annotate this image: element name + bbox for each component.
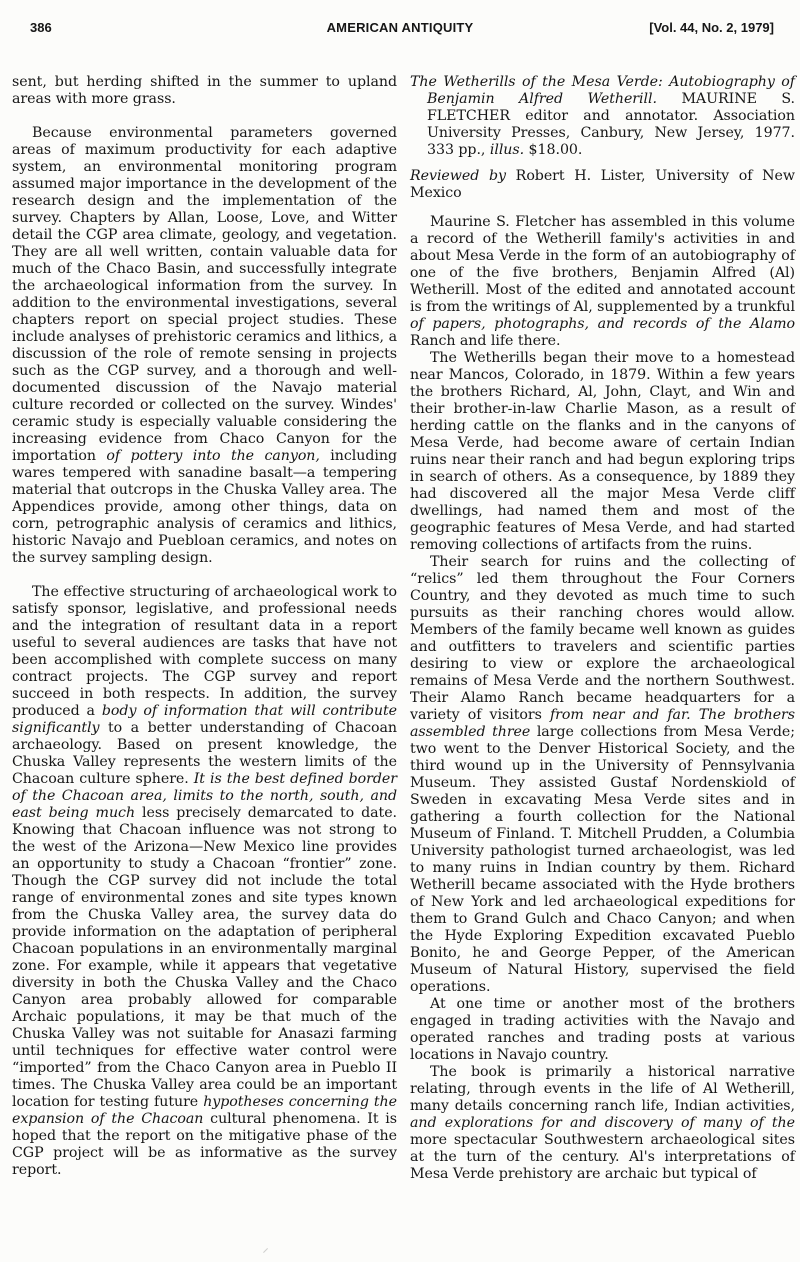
text-segment: The Wetherills began their move to a hom…: [410, 350, 795, 553]
text-segment: large collections from Mesa Verde; two w…: [410, 724, 795, 995]
paragraph: The book is primarily a historical narra…: [410, 1064, 795, 1183]
text-segment: sent, but herding shifted in the summer …: [12, 74, 397, 107]
text-segment: The effective structuring of archaeologi…: [12, 584, 397, 719]
text-segment: more spectacular Southwestern archaeolog…: [410, 1132, 795, 1182]
text-segment: The book is primarily a historical narra…: [410, 1064, 795, 1114]
paragraph: sent, but herding shifted in the summer …: [12, 74, 397, 108]
left-column: sent, but herding shifted in the summer …: [12, 74, 397, 1183]
text-segment: illus.: [490, 142, 524, 158]
page-body: sent, but herding shifted in the summer …: [12, 74, 796, 1183]
paragraph: At one time or another most of the broth…: [410, 996, 795, 1064]
text-segment: Reviewed by: [410, 168, 506, 184]
text-segment: Ranch and life there.: [410, 333, 561, 349]
text-segment: less precisely demarcated to date. Knowi…: [12, 805, 397, 1110]
text-segment: At one time or another most of the broth…: [410, 996, 795, 1063]
text-segment: Because environmental parameters governe…: [12, 125, 397, 464]
paragraph: The effective structuring of archaeologi…: [12, 584, 397, 1179]
right-column: The Wetherills of the Mesa Verde: Autobi…: [410, 74, 795, 1183]
text-segment: Their search for ruins and the collectin…: [410, 554, 795, 723]
paragraph: Their search for ruins and the collectin…: [410, 554, 795, 996]
page-header: 386 AMERICAN ANTIQUITY [Vol. 44, No. 2, …: [0, 20, 800, 38]
text-segment: Maurine S. Fletcher has assembled in thi…: [410, 214, 795, 315]
book-citation: The Wetherills of the Mesa Verde: Autobi…: [410, 74, 795, 159]
paragraph: Because environmental parameters governe…: [12, 125, 397, 567]
text-segment: of papers, photographs, and records of t…: [410, 316, 795, 332]
paragraph: Maurine S. Fletcher has assembled in thi…: [410, 214, 795, 350]
paragraph: The Wetherills began their move to a hom…: [410, 350, 795, 554]
volume-info: [Vol. 44, No. 2, 1979]: [649, 20, 774, 35]
text-segment: of pottery into the canyon,: [106, 448, 320, 464]
journal-page: 386 AMERICAN ANTIQUITY [Vol. 44, No. 2, …: [0, 0, 800, 1262]
reviewer-line: Reviewed by Robert H. Lister, University…: [410, 168, 795, 202]
scan-speck: [263, 1248, 273, 1258]
text-segment: including wares tempered with sanadine b…: [12, 448, 397, 566]
text-segment: and explorations for and discovery of ma…: [410, 1115, 795, 1131]
text-segment: $18.00.: [524, 142, 582, 158]
